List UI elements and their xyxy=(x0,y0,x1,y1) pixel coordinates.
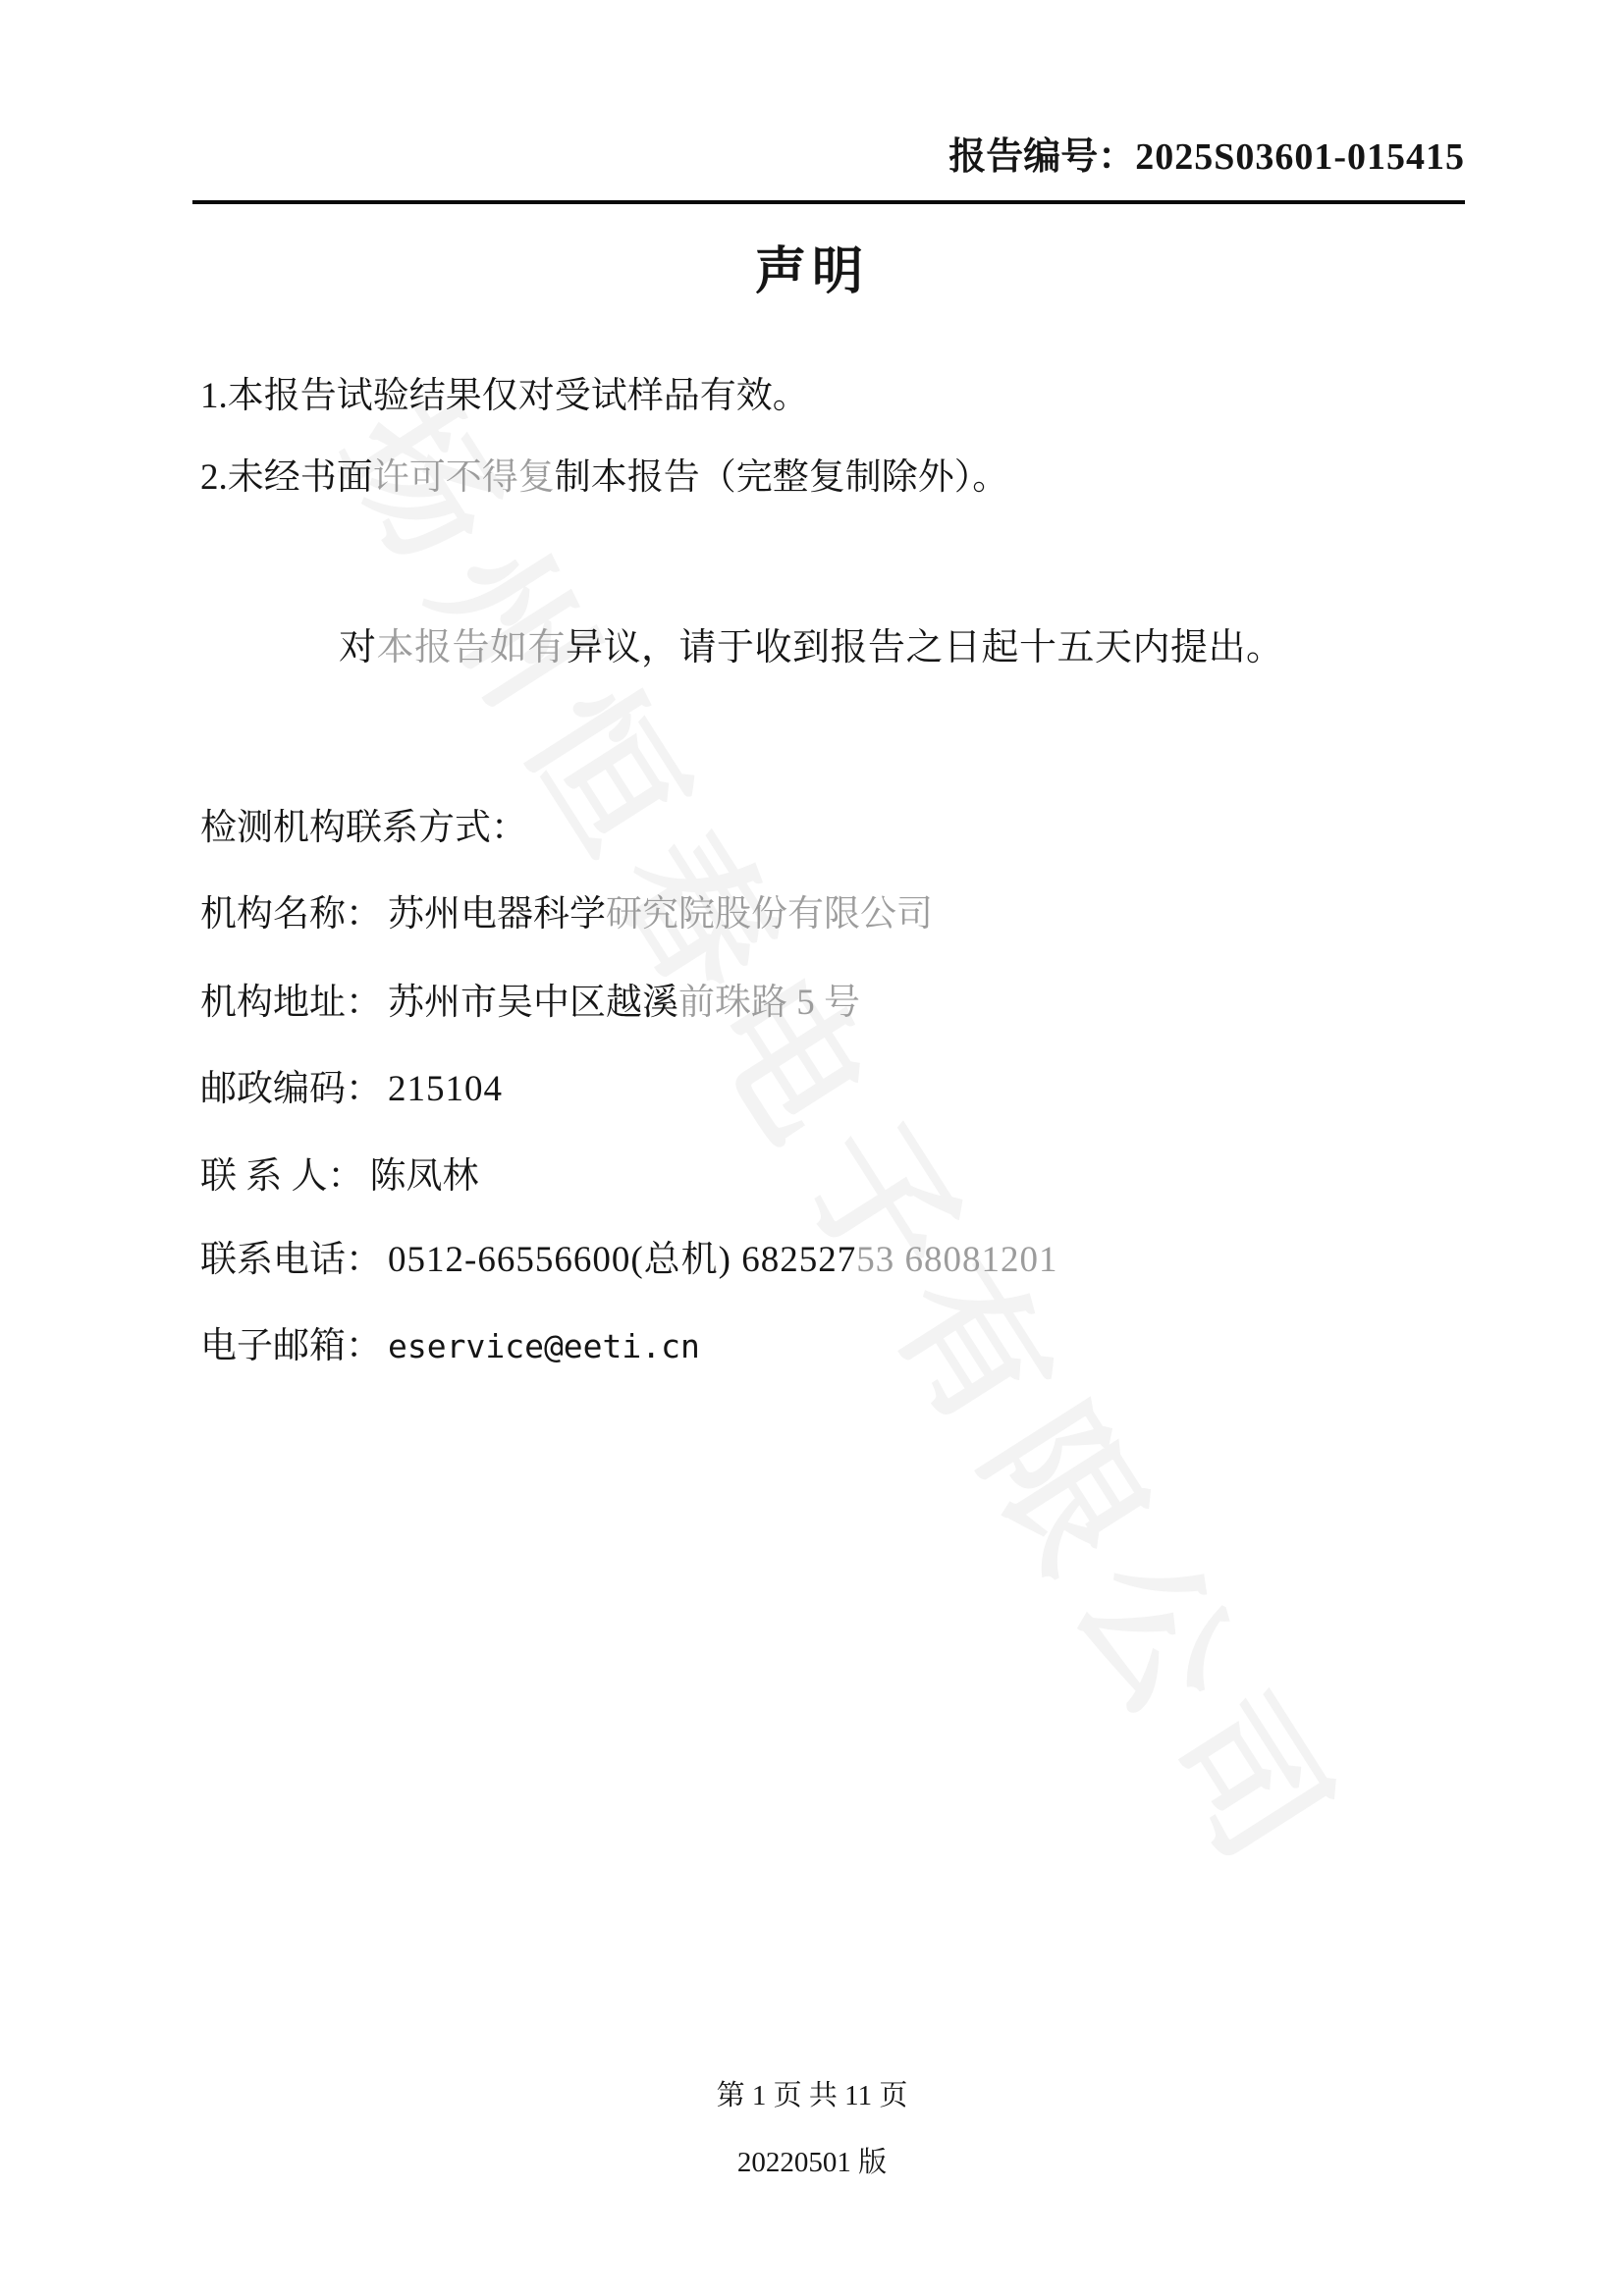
contact-value-faded: 研究院股份有限公司 xyxy=(606,894,933,934)
contact-row-org-address: 机构地址：苏州市吴中区越溪前珠路 5 号 xyxy=(200,972,860,1025)
footer-version: 20220501 版 xyxy=(0,2140,1624,2180)
contact-row-org-name: 机构名称：苏州电器科学研究院股份有限公司 xyxy=(200,883,933,936)
report-number-value: 2025S03601-015415 xyxy=(1135,136,1465,178)
report-page: 扬州恒春电子有限公司 报告编号：2025S03601-015415 声明 1.本… xyxy=(0,0,1624,2296)
contact-value: 陈凤林 xyxy=(370,1156,479,1197)
contact-label: 邮政编码： xyxy=(200,1069,382,1109)
contact-label: 电子邮箱： xyxy=(200,1326,382,1366)
objection-notice: 对本报告如有异议，请于收到报告之日起十五天内提出。 xyxy=(339,616,1284,670)
contact-value: 215104 xyxy=(388,1069,503,1109)
contact-row-phone: 联系电话：0512-66556600(总机) 68252753 68081201 xyxy=(200,1229,1057,1282)
objection-notice-post: 异议，请于收到报告之日起十五天内提出。 xyxy=(566,627,1284,668)
statement-item-2-post: 制本报告（完整复制除外）。 xyxy=(555,457,1009,498)
statement-item-1: 1.本报告试验结果仅对受试样品有效。 xyxy=(200,365,809,418)
contact-value-faded: 前珠路 5 号 xyxy=(678,983,860,1023)
report-number-line: 报告编号：2025S03601-015415 xyxy=(948,137,1465,179)
contact-value: 苏州市吴中区越溪 xyxy=(388,983,678,1023)
contact-section-heading: 检测机构联系方式： xyxy=(200,797,527,850)
header-rule xyxy=(192,200,1465,204)
report-number-label: 报告编号： xyxy=(948,136,1135,178)
objection-notice-faded: 本报告如有 xyxy=(377,627,567,668)
statement-item-2-faded: 许可不得复 xyxy=(373,457,555,498)
footer-page-number: 第 1 页 共 11 页 xyxy=(0,2073,1624,2113)
contact-label: 联 系 人： xyxy=(200,1156,364,1197)
contact-value: eservice@eeti.cn xyxy=(388,1327,700,1365)
contact-label: 机构地址： xyxy=(200,983,382,1023)
statement-item-2-pre: 2.未经书面 xyxy=(200,457,373,498)
contact-label: 机构名称： xyxy=(200,894,382,934)
contact-value-faded: 53 68081201 xyxy=(856,1240,1057,1280)
contact-row-postal-code: 邮政编码：215104 xyxy=(200,1058,503,1111)
contact-row-email: 电子邮箱：eservice@eeti.cn xyxy=(200,1315,700,1368)
contact-value: 苏州电器科学 xyxy=(388,894,606,934)
objection-notice-pre: 对 xyxy=(339,627,377,668)
company-watermark: 扬州恒春电子有限公司 xyxy=(297,360,1382,1917)
page-title: 声明 xyxy=(0,230,1624,303)
contact-row-contact-person: 联 系 人：陈凤林 xyxy=(200,1146,479,1199)
statement-item-2: 2.未经书面许可不得复制本报告（完整复制除外）。 xyxy=(200,447,1008,500)
contact-label: 联系电话： xyxy=(200,1240,382,1280)
contact-value: 0512-66556600(总机) 682527 xyxy=(388,1240,856,1280)
